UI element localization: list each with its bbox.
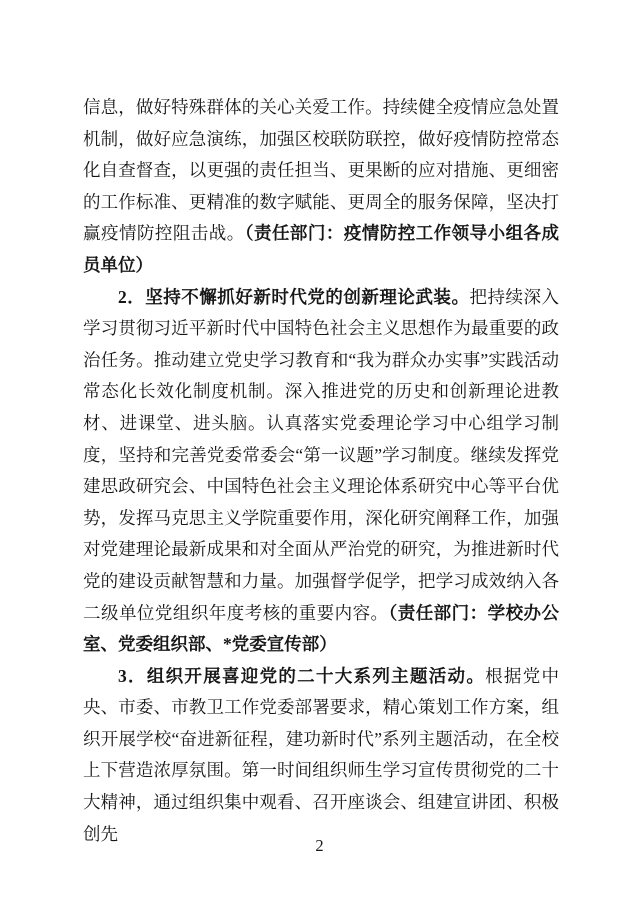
document-body: 信息，做好特殊群体的关心关爱工作。持续健全疫情应急处置机制，做好应急演练，加强区…: [83, 92, 559, 850]
bold-text-run: 2．坚持不懈抓好新时代党的创新理论武装。: [118, 287, 469, 307]
document-page: 信息，做好特殊群体的关心关爱工作。持续健全疫情应急处置机制，做好应急演练，加强区…: [0, 0, 639, 905]
text-run: 信息，做好特殊群体的关心关爱工作。持续健全疫情应急处置机制，做好应急演练，加强区…: [83, 97, 559, 243]
paragraph: 2．坚持不懈抓好新时代党的创新理论武装。把持续深入学习贯彻习近平新时代中国特色社…: [83, 282, 559, 661]
page-number: 2: [0, 836, 639, 856]
text-run: 根据党中央、市委、市教卫工作党委部署要求，精心策划工作方案，组织开展学校“奋进新…: [83, 666, 559, 844]
text-run: 把持续深入学习贯彻习近平新时代中国特色社会主义思想作为最重要的政治任务。推动建立…: [83, 287, 559, 623]
bold-text-run: 3．组织开展喜迎党的二十大系列主题活动。: [118, 666, 485, 686]
paragraph: 信息，做好特殊群体的关心关爱工作。持续健全疫情应急处置机制，做好应急演练，加强区…: [83, 92, 559, 282]
paragraph: 3．组织开展喜迎党的二十大系列主题活动。根据党中央、市委、市教卫工作党委部署要求…: [83, 661, 559, 851]
